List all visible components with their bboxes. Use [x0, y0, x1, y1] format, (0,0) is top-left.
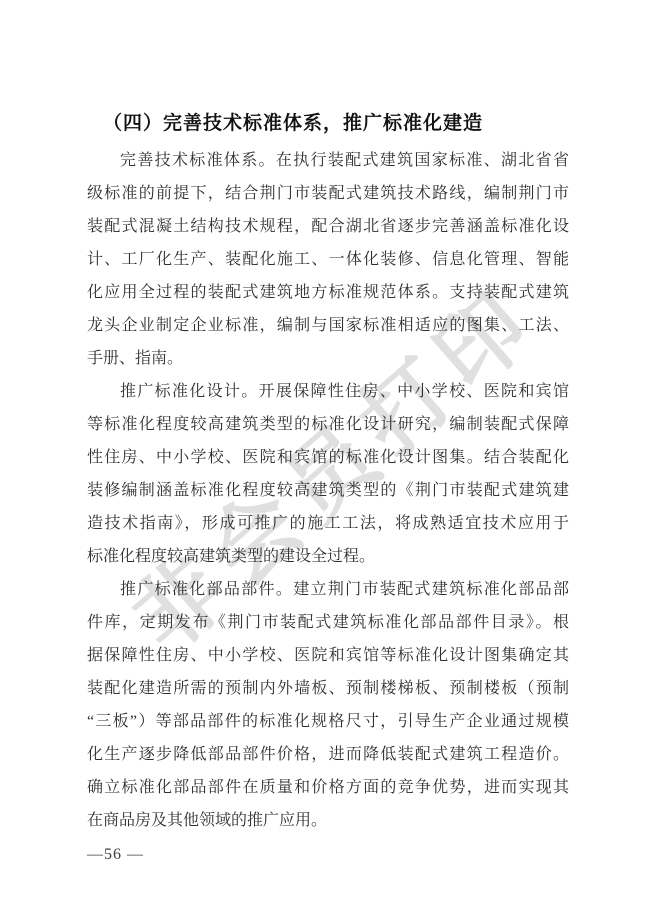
text-line: 龙头企业制定企业标准，编制与国家标准相适应的图集、工法、 — [87, 309, 569, 342]
text-line: 化生产逐步降低部品部件价格，进而降低装配式建筑工程造价。 — [87, 738, 569, 771]
document-body: 完善技术标准体系。在执行装配式建筑国家标准、湖北省省级标准的前提下，结合荆门市装… — [87, 144, 569, 837]
text-line: 据保障性住房、中小学校、医院和宾馆等标准化设计图集确定其 — [87, 639, 569, 672]
text-line: 标准化程度较高建筑类型的建设全过程。 — [87, 540, 569, 573]
paragraph: 推广标准化设计。开展保障性住房、中小学校、医院和宾馆等标准化程度较高建筑类型的标… — [87, 375, 569, 573]
text-line: 完善技术标准体系。在执行装配式建筑国家标准、湖北省省 — [87, 144, 569, 177]
text-line: 装配式混凝土结构技术规程，配合湖北省逐步完善涵盖标准化设 — [87, 210, 569, 243]
text-line: “三板”）等部品部件的标准化规格尺寸，引导生产企业通过规模 — [87, 705, 569, 738]
text-line: 装配化建造所需的预制内外墙板、预制楼梯板、预制楼板（预制 — [87, 672, 569, 705]
text-line: 在商品房及其他领域的推广应用。 — [87, 804, 569, 837]
text-line: 造技术指南》，形成可推广的施工工法，将成熟适宜技术应用于 — [87, 507, 569, 540]
text-line: 手册、指南。 — [87, 342, 569, 375]
paragraph: 完善技术标准体系。在执行装配式建筑国家标准、湖北省省级标准的前提下，结合荆门市装… — [87, 144, 569, 375]
text-line: 性住房、中小学校、医院和宾馆的标准化设计图集。结合装配化 — [87, 441, 569, 474]
text-line: 推广标准化设计。开展保障性住房、中小学校、医院和宾馆 — [87, 375, 569, 408]
paragraph: 推广标准化部品部件。建立荆门市装配式建筑标准化部品部件库，定期发布《荆门市装配式… — [87, 573, 569, 837]
text-line: 件库，定期发布《荆门市装配式建筑标准化部品部件目录》。根 — [87, 606, 569, 639]
section-heading: （四）完善技术标准体系，推广标准化建造 — [87, 107, 569, 141]
page-number: —56 — — [87, 846, 144, 864]
document-content: （四）完善技术标准体系，推广标准化建造 完善技术标准体系。在执行装配式建筑国家标… — [87, 107, 569, 837]
text-line: 化应用全过程的装配式建筑地方标准规范体系。支持装配式建筑 — [87, 276, 569, 309]
text-line: 装修编制涵盖标准化程度较高建筑类型的《荆门市装配式建筑建 — [87, 474, 569, 507]
text-line: 推广标准化部品部件。建立荆门市装配式建筑标准化部品部 — [87, 573, 569, 606]
text-line: 级标准的前提下，结合荆门市装配式建筑技术路线，编制荆门市 — [87, 177, 569, 210]
text-line: 计、工厂化生产、装配化施工、一体化装修、信息化管理、智能 — [87, 243, 569, 276]
text-line: 确立标准化部品部件在质量和价格方面的竞争优势，进而实现其 — [87, 771, 569, 804]
text-line: 等标准化程度较高建筑类型的标准化设计研究，编制装配式保障 — [87, 408, 569, 441]
document-page: 非会员打印 （四）完善技术标准体系，推广标准化建造 完善技术标准体系。在执行装配… — [0, 0, 650, 919]
